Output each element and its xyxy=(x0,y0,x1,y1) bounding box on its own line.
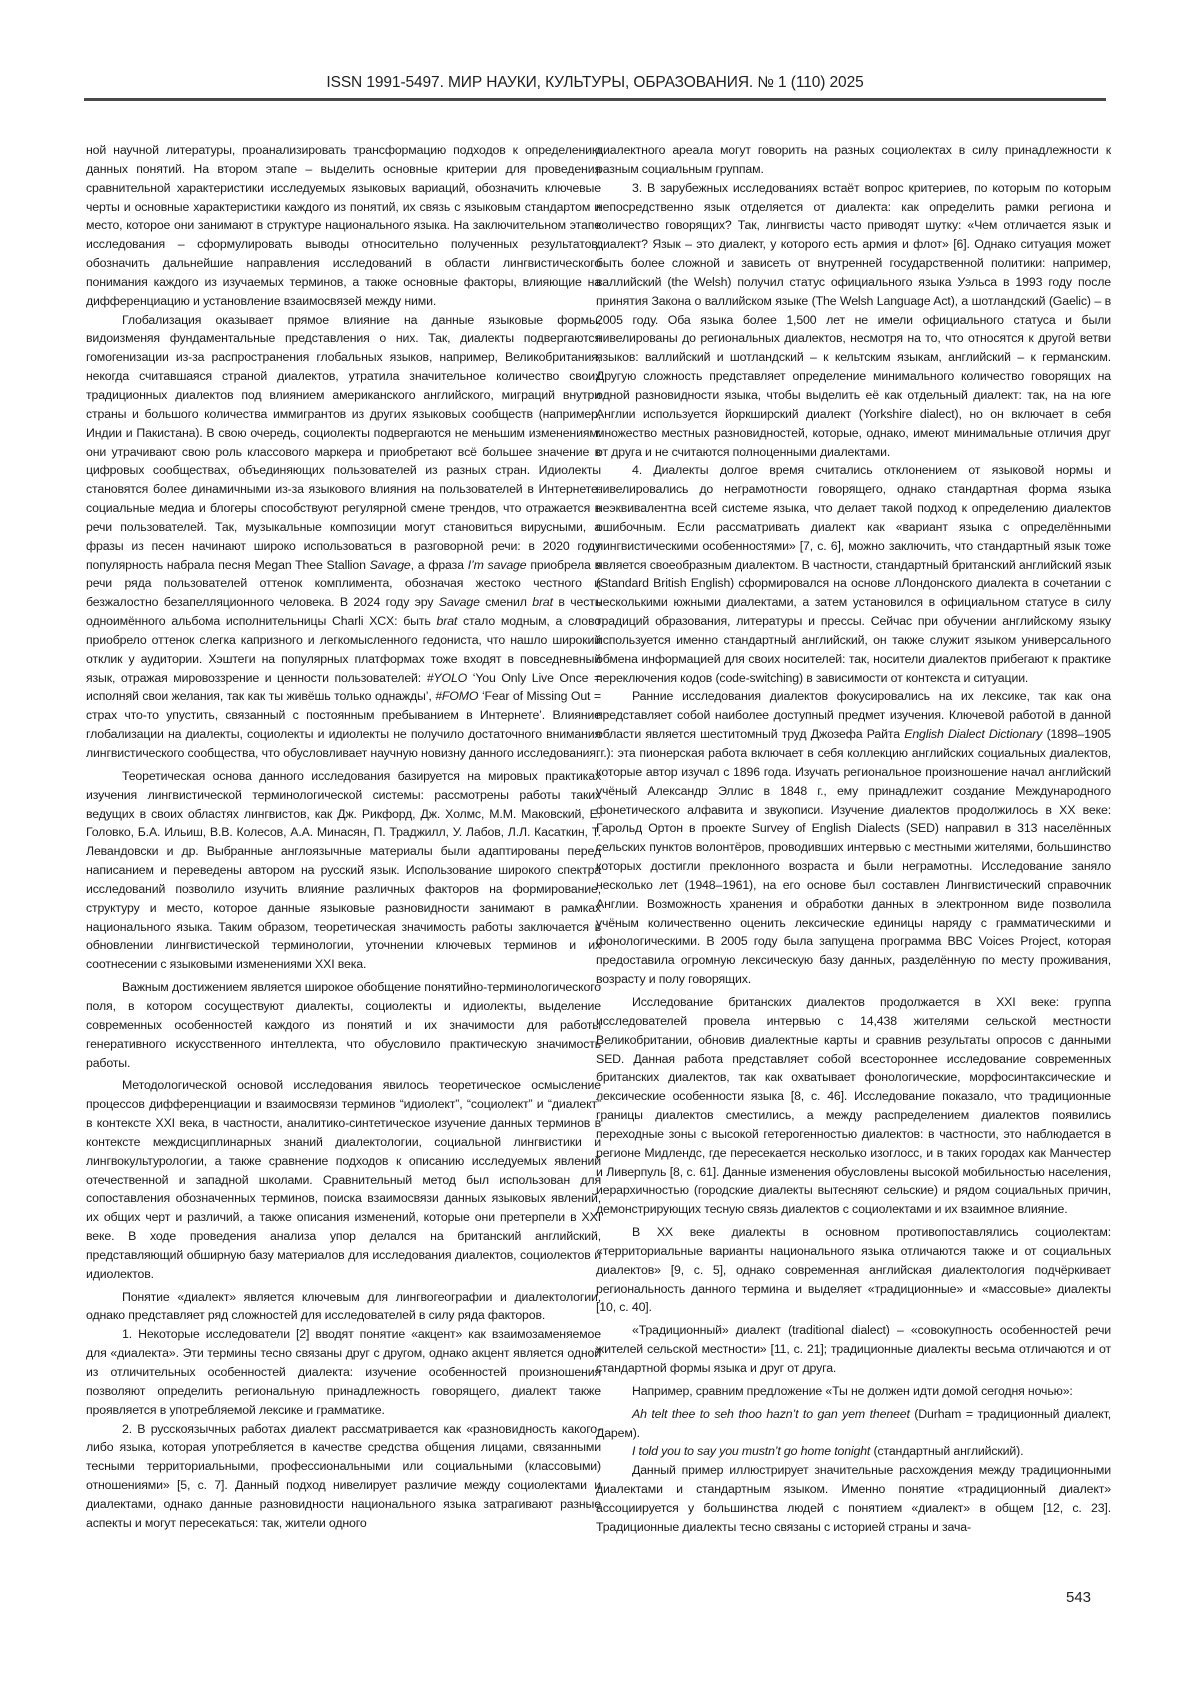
paragraph-example-intro: Например, сравним предложение «Ты не дол… xyxy=(596,1382,1111,1401)
paragraph: диалектного ареала могут говорить на раз… xyxy=(596,141,1111,179)
paragraph-dialect-concept: Понятие «диалект» является ключевым для … xyxy=(86,1288,601,1326)
paragraph-xxi-research: Исследование британских диалектов продол… xyxy=(596,993,1111,1219)
example-standard: I told you to say you mustn’t go home to… xyxy=(596,1442,1111,1461)
example-durham: Ah telt thee to seh thoo hazn’t to gan y… xyxy=(596,1405,1111,1443)
paragraph-theory: Теоретическая основа данного исследовани… xyxy=(86,767,601,974)
paragraph-practical-significance: Важным достижением является широкое обоб… xyxy=(86,978,601,1072)
paragraph-conclusion: Данный пример иллюстрирует значительные … xyxy=(596,1461,1111,1536)
list-item-3: 3. В зарубежных исследованиях встаёт воп… xyxy=(596,179,1111,462)
list-item-1: 1. Некоторые исследователи [2] вводят по… xyxy=(86,1325,601,1419)
running-header: ISSN 1991-5497. МИР НАУКИ, КУЛЬТУРЫ, ОБР… xyxy=(84,74,1106,100)
list-item-2: 2. В русскоязычных работах диалект рассм… xyxy=(86,1420,601,1533)
paragraph: ной научной литературы, проанализировать… xyxy=(86,141,601,311)
paragraph-globalization: Глобализация оказывает прямое влияние на… xyxy=(86,311,601,763)
paragraph-traditional-dialect: «Традиционный» диалект (traditional dial… xyxy=(596,1321,1111,1378)
right-column: диалектного ареала могут говорить на раз… xyxy=(596,141,1111,1537)
left-column: ной научной литературы, проанализировать… xyxy=(86,141,601,1533)
paragraph-xx-century: В XX веке диалекты в основном противопос… xyxy=(596,1223,1111,1317)
paragraph-methodology: Методологической основой исследования яв… xyxy=(86,1076,601,1283)
paragraph-early-research: Ранние исследования диалектов фокусирова… xyxy=(596,687,1111,989)
list-item-4: 4. Диалекты долгое время считались откло… xyxy=(596,461,1111,687)
page-number: 543 xyxy=(1066,1589,1091,1606)
header-divider xyxy=(84,98,1106,101)
